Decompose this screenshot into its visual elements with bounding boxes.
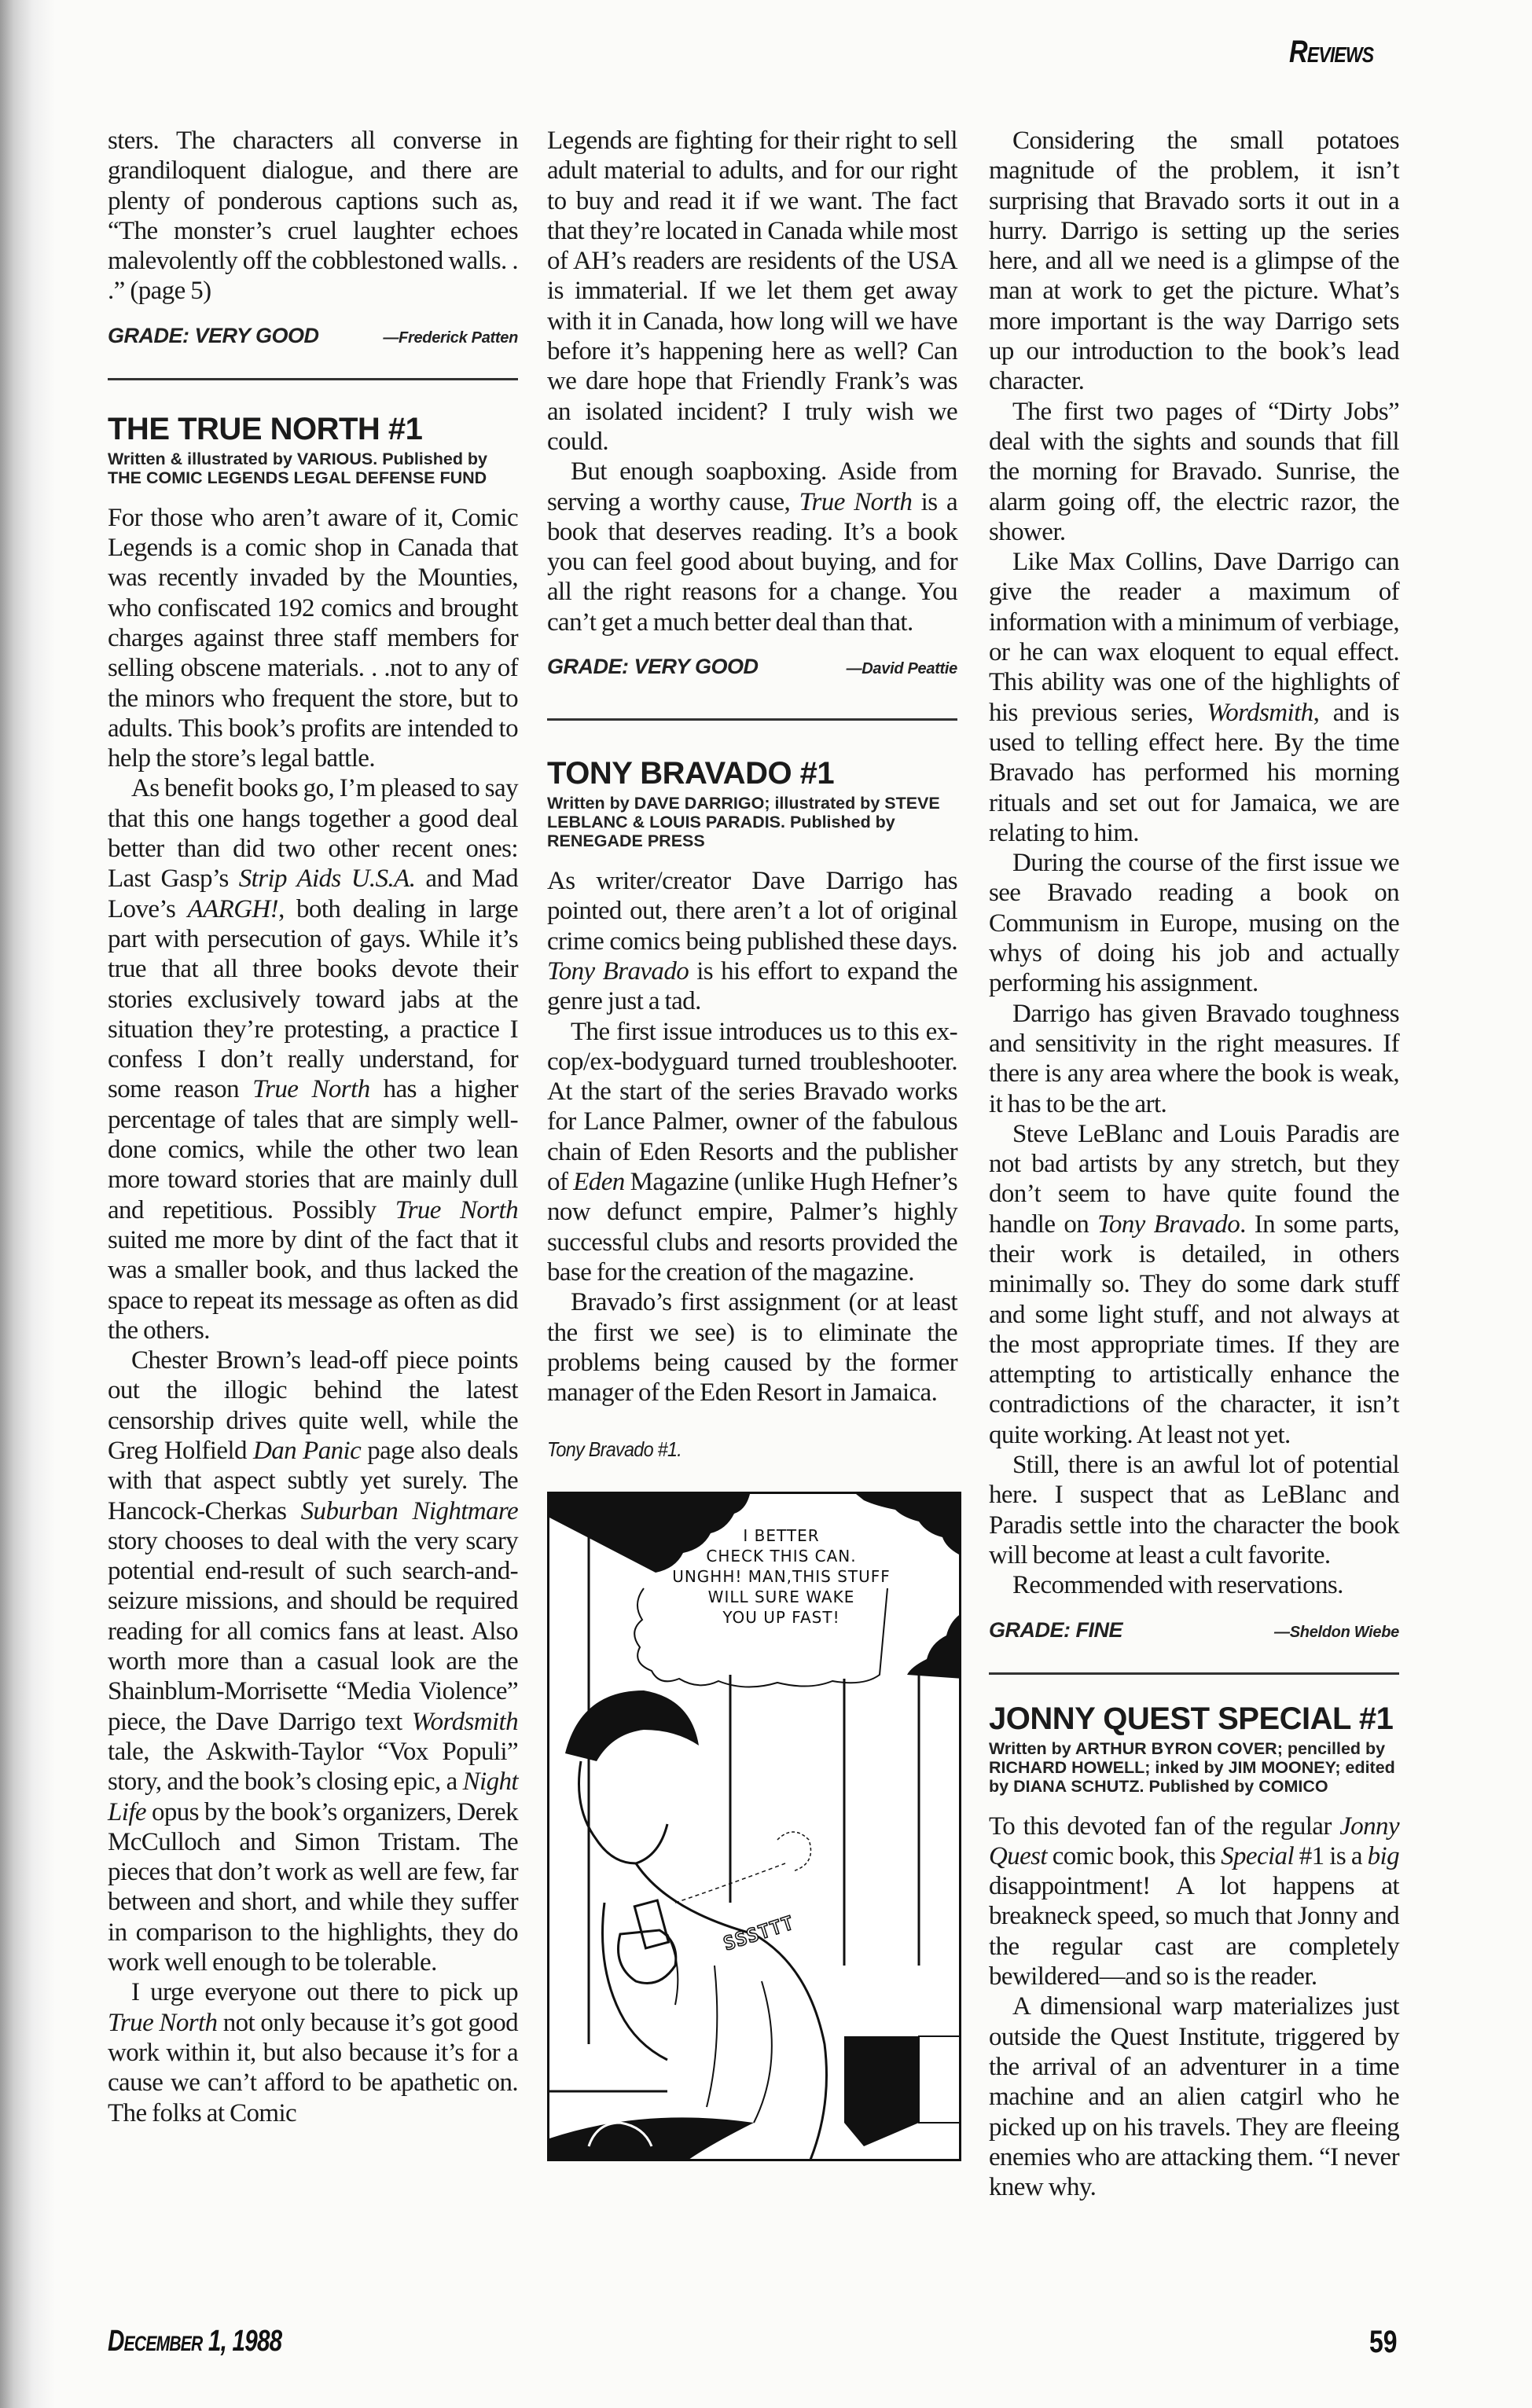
review-credits: Written by ARTHUR BYRON COVER; pencilled… <box>989 1739 1399 1796</box>
review-paragraph: Still, there is an awful lot of potentia… <box>989 1450 1399 1570</box>
grade-line: GRADE: VERY GOOD —David Peattie <box>547 655 957 679</box>
section-divider <box>547 718 957 721</box>
footer-page-number: 59 <box>1369 2325 1398 2360</box>
grade-line: GRADE: FINE —Sheldon Wiebe <box>989 1618 1399 1643</box>
grade-label: GRADE: VERY GOOD <box>108 324 319 348</box>
review-paragraph: Bravado’s first assignment (or at least … <box>547 1287 957 1408</box>
footer-issue-date: December 1, 1988 <box>108 2325 281 2358</box>
review-paragraph: I urge everyone out there to pick up Tru… <box>108 1977 518 2127</box>
comic-panel-image: I BETTER CHECK THIS CAN. UNGHH! MAN,THIS… <box>547 1492 961 2161</box>
review-tail-paragraph: sters. The characters all converse in gr… <box>108 126 518 307</box>
review-credits: Written & illustrated by VARIOUS. Publis… <box>108 450 518 487</box>
thought-balloon-text: I BETTER CHECK THIS CAN. UNGHH! MAN,THIS… <box>652 1525 911 1628</box>
column-1: sters. The characters all converse in gr… <box>108 126 518 2128</box>
page-gutter-shadow <box>0 0 55 2408</box>
grade-label: GRADE: FINE <box>989 1618 1122 1643</box>
section-divider <box>108 378 518 380</box>
review-title: THE TRUE NORTH #1 <box>108 412 518 446</box>
review-paragraph: Recommended with reservations. <box>989 1570 1399 1600</box>
review-paragraph: A dimensional warp materializes just out… <box>989 1991 1399 2202</box>
review-paragraph: For those who aren’t aware of it, Comic … <box>108 503 518 774</box>
reviewer-name: —Frederick Patten <box>383 329 518 347</box>
reviewer-name: —Sheldon Wiebe <box>1274 1624 1399 1642</box>
review-paragraph: Like Max Collins, Dave Darrigo can give … <box>989 547 1399 848</box>
review-title: JONNY QUEST SPECIAL #1 <box>989 1701 1399 1736</box>
review-paragraph: The first issue introduces us to this ex… <box>547 1017 957 1288</box>
review-paragraph: The first two pages of “Dirty Jobs” deal… <box>989 397 1399 547</box>
running-head: Reviews <box>1289 35 1373 70</box>
review-credits: Written by DAVE DARRIGO; illustrated by … <box>547 794 957 850</box>
review-paragraph: Chester Brown’s lead-off piece points ou… <box>108 1345 518 1977</box>
review-paragraph: Darrigo has given Bravado toughness and … <box>989 999 1399 1119</box>
review-paragraph: To this devoted fan of the regular Jonny… <box>989 1812 1399 1992</box>
review-paragraph: As writer/creator Dave Darrigo has point… <box>547 866 957 1016</box>
review-paragraph: Considering the small potatoes magnitude… <box>989 126 1399 397</box>
grade-line: GRADE: VERY GOOD —Frederick Patten <box>108 324 518 348</box>
review-paragraph: As benefit books go, I’m pleased to say … <box>108 773 518 1345</box>
section-divider <box>989 1672 1399 1675</box>
review-paragraph: Steve LeBlanc and Louis Paradis are not … <box>989 1119 1399 1450</box>
column-3: Considering the small potatoes magnitude… <box>989 126 1399 2202</box>
grade-label: GRADE: VERY GOOD <box>547 655 759 679</box>
reviewer-name: —David Peattie <box>847 660 957 678</box>
column-2: Legends are fighting for their right to … <box>547 126 957 2161</box>
review-title: TONY BRAVADO #1 <box>547 756 957 791</box>
review-paragraph: Legends are fighting for their right to … <box>547 126 957 457</box>
review-paragraph: But enough soapboxing. Aside from servin… <box>547 457 957 637</box>
review-paragraph: During the course of the first issue we … <box>989 848 1399 998</box>
figure-caption: Tony Bravado #1. <box>547 1437 917 1462</box>
